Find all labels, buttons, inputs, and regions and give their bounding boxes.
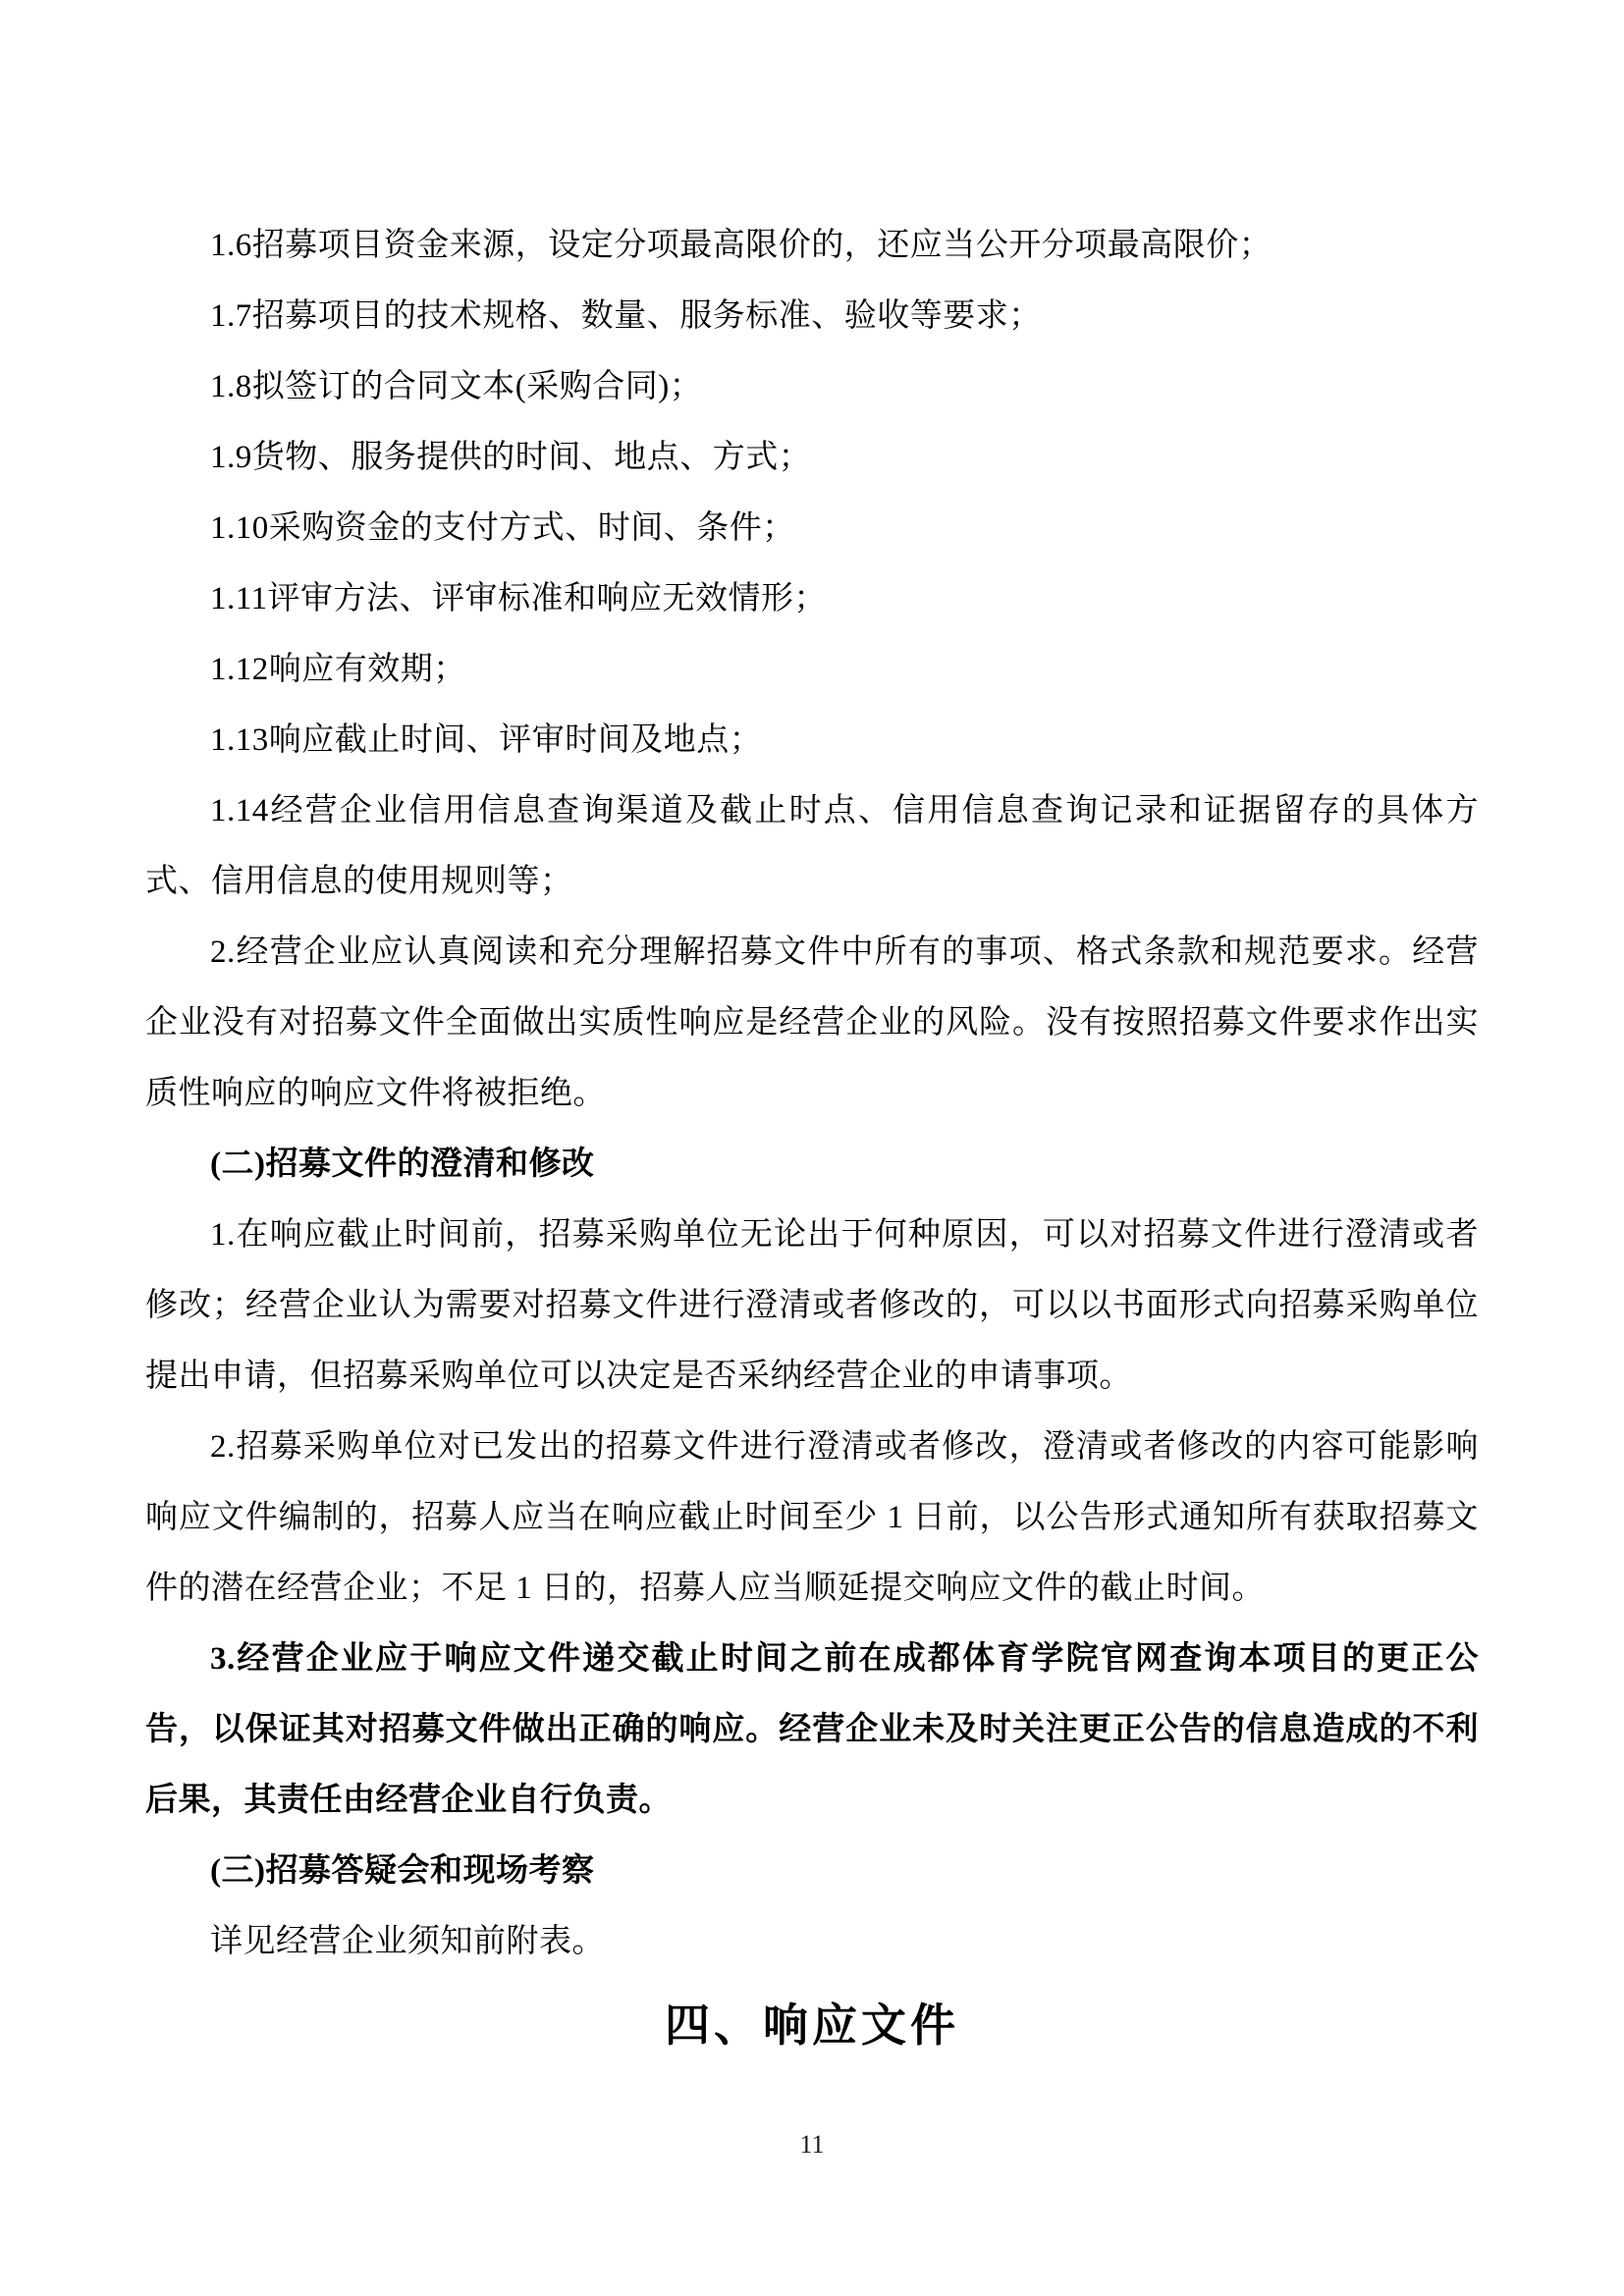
- clause-1-13: 1.13响应截止时间、评审时间及地点；: [145, 705, 1479, 775]
- para-clarification-3: 3.经营企业应于响应文件递交截止时间之前在成都体育学院官网查询本项目的更正公告，…: [145, 1624, 1479, 1836]
- para-clarification-1: 1.在响应截止时间前，招募采购单位无论出于何种原因，可以对招募文件进行澄清或者修…: [145, 1200, 1479, 1412]
- clause-1-12: 1.12响应有效期；: [145, 634, 1479, 705]
- clause-1-9: 1.9货物、服务提供的时间、地点、方式；: [145, 422, 1479, 493]
- clause-1-14: 1.14经营企业信用信息查询渠道及截止时点、信用信息查询记录和证据留存的具体方式…: [145, 775, 1479, 917]
- clause-1-11: 1.11评审方法、评审标准和响应无效情形；: [145, 563, 1479, 634]
- para-read-requirements: 2.经营企业应认真阅读和充分理解招募文件中所有的事项、格式条款和规范要求。经营企…: [145, 917, 1479, 1129]
- document-body: 1.6招募项目资金来源，设定分项最高限价的，还应当公开分项最高限价； 1.7招募…: [145, 210, 1479, 2075]
- section-heading-3: (三)招募答疑会和现场考察: [145, 1836, 1479, 1906]
- para-clarification-2: 2.招募采购单位对已发出的招募文件进行澄清或者修改，澄清或者修改的内容可能影响响…: [145, 1412, 1479, 1624]
- clause-1-7: 1.7招募项目的技术规格、数量、服务标准、验收等要求；: [145, 281, 1479, 351]
- document-page: 1.6招募项目资金来源，设定分项最高限价的，还应当公开分项最高限价； 1.7招募…: [0, 0, 1624, 2296]
- clause-1-8: 1.8拟签订的合同文本(采购合同)；: [145, 351, 1479, 422]
- section-heading-2: (二)招募文件的澄清和修改: [145, 1129, 1479, 1200]
- clause-1-10: 1.10采购资金的支付方式、时间、条件；: [145, 493, 1479, 563]
- clause-1-6: 1.6招募项目资金来源，设定分项最高限价的，还应当公开分项最高限价；: [145, 210, 1479, 281]
- para-site-visit-note: 详见经营企业须知前附表。: [145, 1906, 1479, 1977]
- page-number: 11: [0, 2127, 1624, 2163]
- chapter-heading: 四、响应文件: [145, 1977, 1479, 2075]
